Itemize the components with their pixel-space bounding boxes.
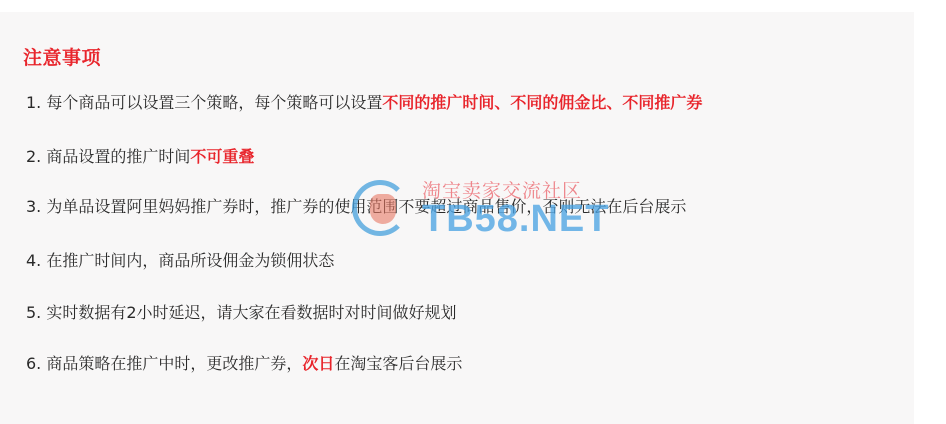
notice-panel: 注意事项 1. 每个商品可以设置三个策略，每个策略可以设置不同的推广时间、不同的… [0, 12, 914, 424]
notice-title: 注意事项 [23, 43, 101, 70]
item-text: 1. 每个商品可以设置三个策略，每个策略可以设置 [26, 93, 382, 112]
item-highlight: 不同的推广时间、不同的佣金比、不同推广券 [382, 93, 702, 112]
notice-item-5: 5. 实时数据有2小时延迟，请大家在看数据时对时间做好规划 [26, 300, 457, 323]
item-text: 5. 实时数据有2小时延迟，请大家在看数据时对时间做好规划 [26, 303, 457, 322]
item-text: 6. 商品策略在推广中时，更改推广券， [26, 354, 302, 373]
notice-item-6: 6. 商品策略在推广中时，更改推广券，次日在淘宝客后台展示 [26, 351, 462, 374]
notice-item-2: 2. 商品设置的推广时间不可重叠 [26, 144, 254, 167]
item-text: 2. 商品设置的推广时间 [26, 147, 190, 166]
notice-item-4: 4. 在推广时间内，商品所设佣金为锁佣状态 [26, 248, 334, 271]
notice-item-1: 1. 每个商品可以设置三个策略，每个策略可以设置不同的推广时间、不同的佣金比、不… [26, 90, 702, 113]
item-highlight: 次日 [302, 354, 334, 373]
item-text: 3. 为单品设置阿里妈妈推广券时，推广券的使用范围不要超过商品售价，否则无法在后… [26, 197, 686, 216]
item-highlight: 不可重叠 [190, 147, 254, 166]
item-suffix: 在淘宝客后台展示 [334, 354, 462, 373]
item-text: 4. 在推广时间内，商品所设佣金为锁佣状态 [26, 251, 334, 270]
notice-item-3: 3. 为单品设置阿里妈妈推广券时，推广券的使用范围不要超过商品售价，否则无法在后… [26, 194, 686, 217]
